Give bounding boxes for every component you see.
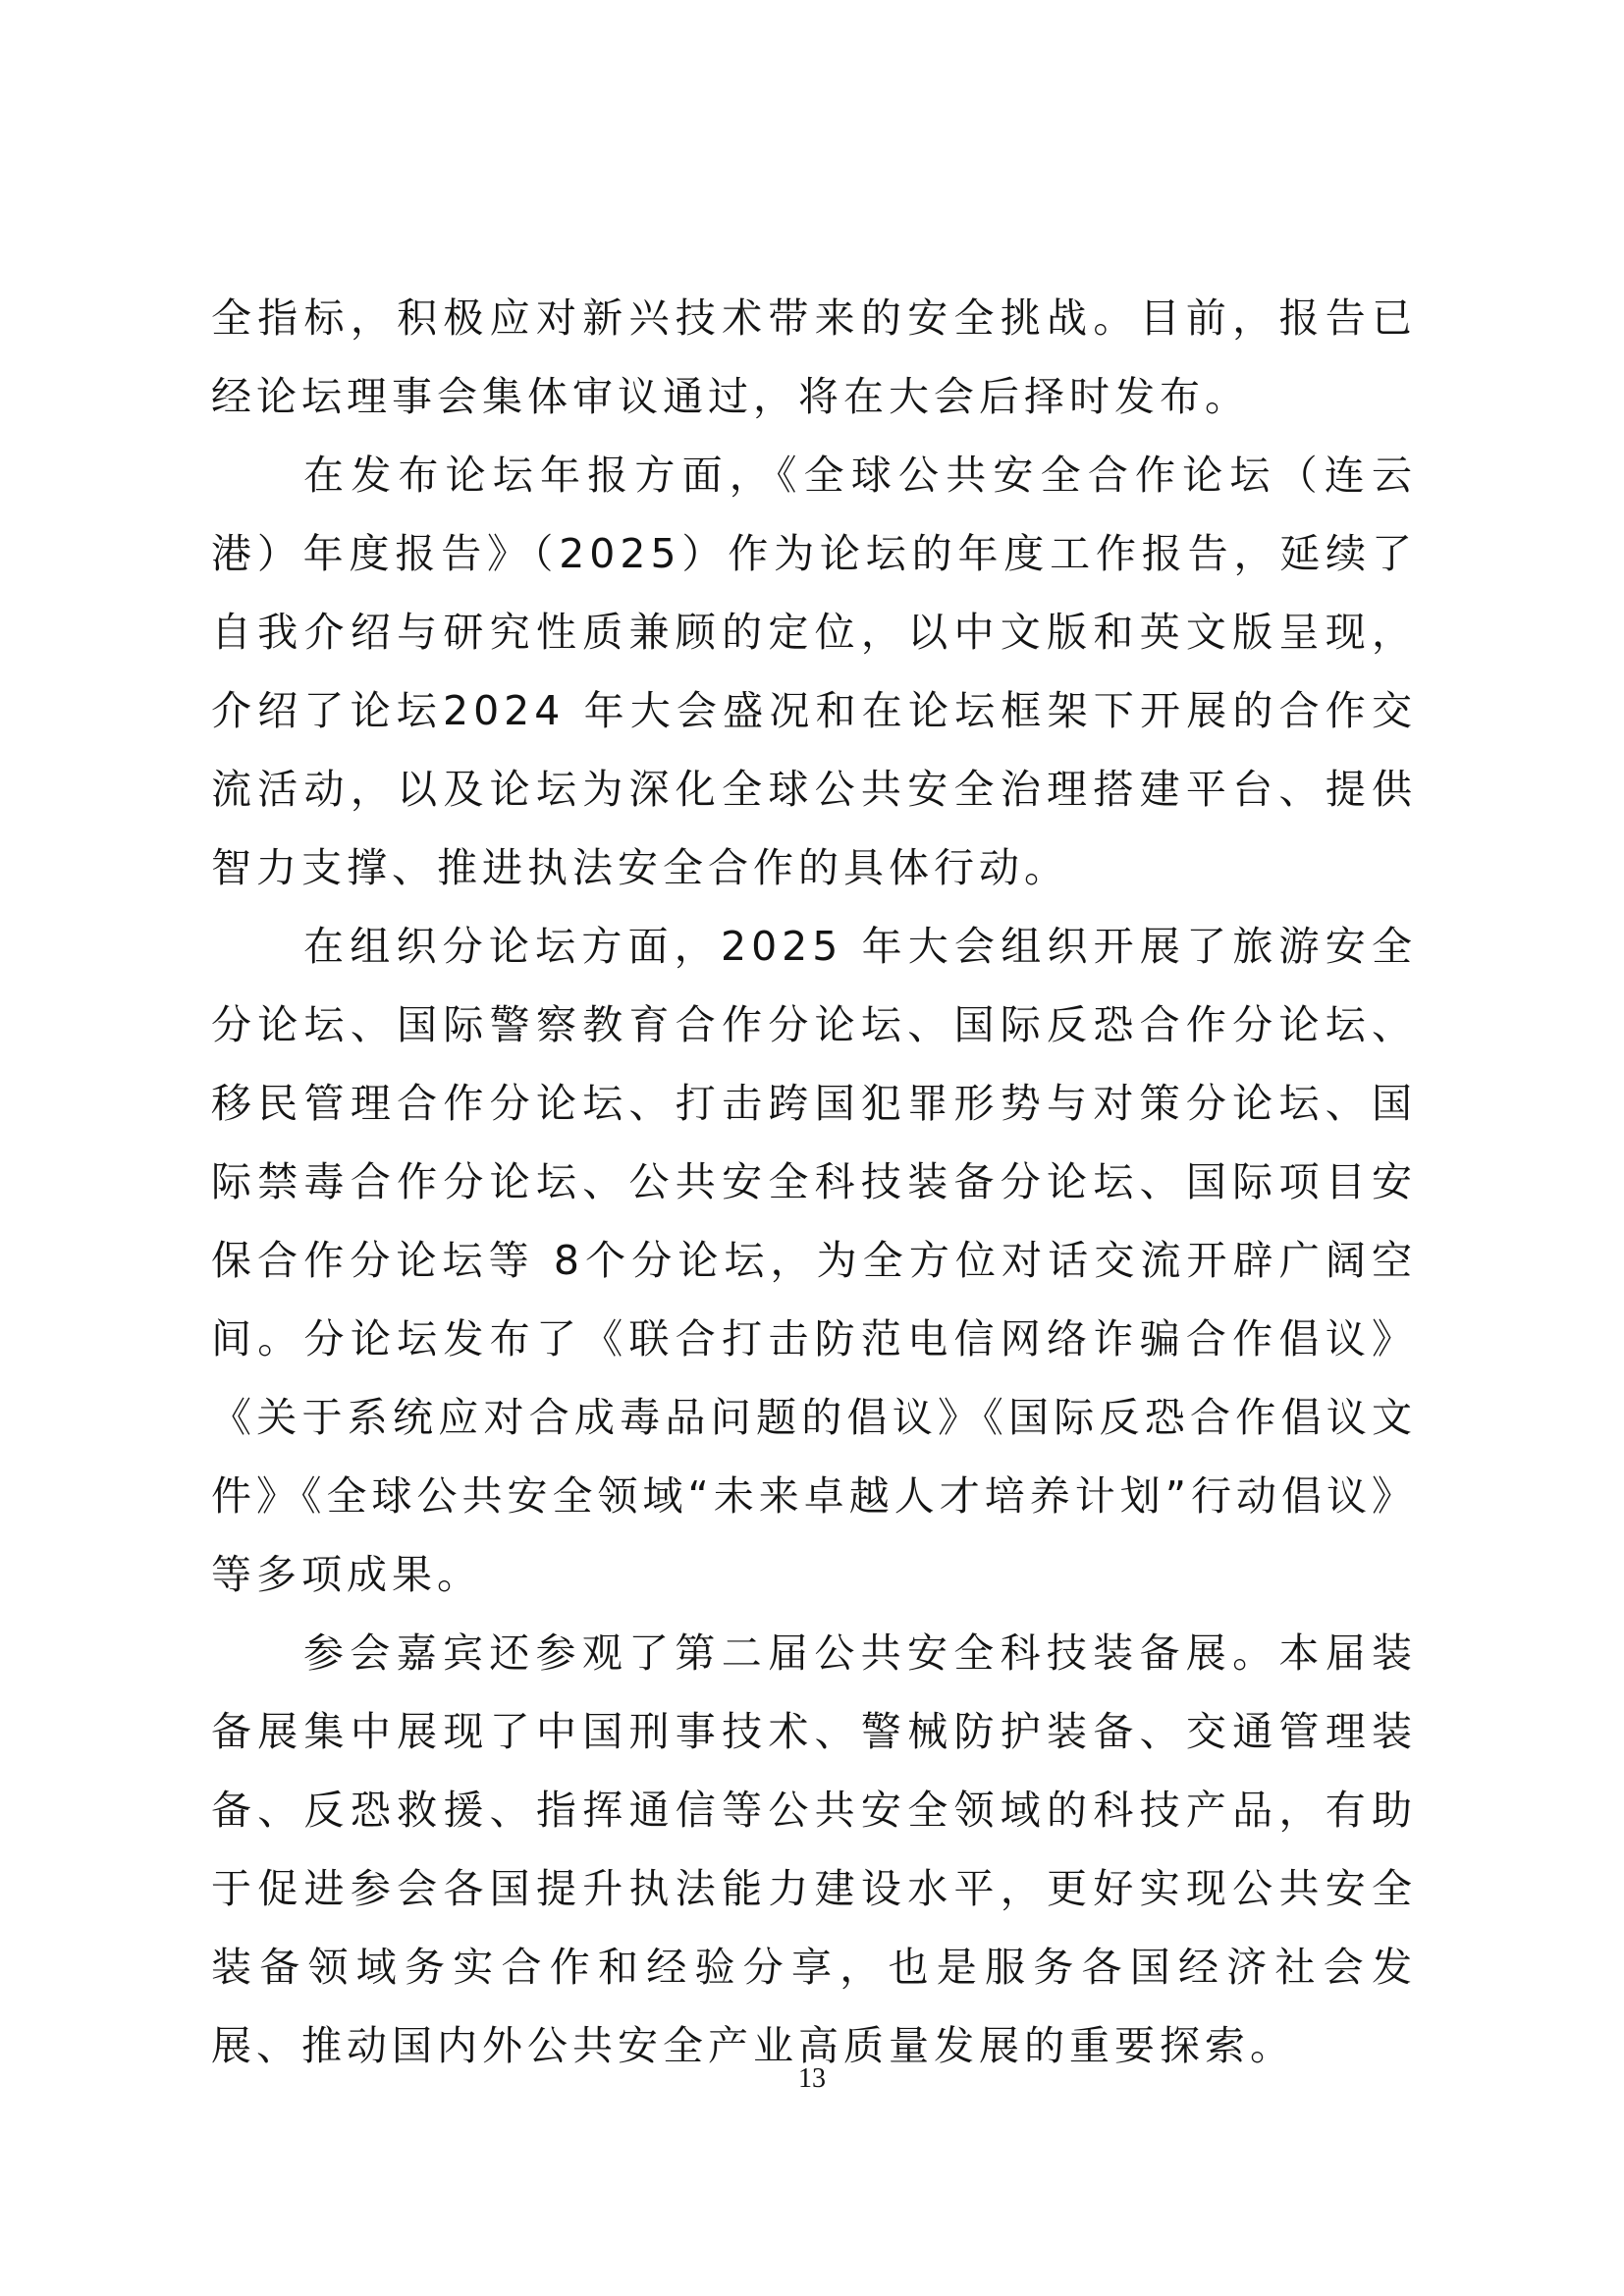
- paragraph-equipment-expo: 参会嘉宾还参观了第二届公共安全科技装备展。本届装备展集中展现了中国刑事技术、警械…: [211, 1614, 1417, 2085]
- document-page: 全指标，积极应对新兴技术带来的安全挑战。目前，报告已经论坛理事会集体审议通过，将…: [0, 0, 1624, 2296]
- paragraph-continuation: 全指标，积极应对新兴技术带来的安全挑战。目前，报告已经论坛理事会集体审议通过，将…: [211, 279, 1417, 436]
- body-text: 全指标，积极应对新兴技术带来的安全挑战。目前，报告已经论坛理事会集体审议通过，将…: [211, 279, 1417, 2085]
- paragraph-annual-report: 在发布论坛年报方面，《全球公共安全合作论坛（连云港）年度报告》（2025）作为论…: [211, 436, 1417, 907]
- page-number: 13: [0, 2063, 1624, 2095]
- paragraph-sub-forums: 在组织分论坛方面，2025 年大会组织开展了旅游安全分论坛、国际警察教育合作分论…: [211, 907, 1417, 1614]
